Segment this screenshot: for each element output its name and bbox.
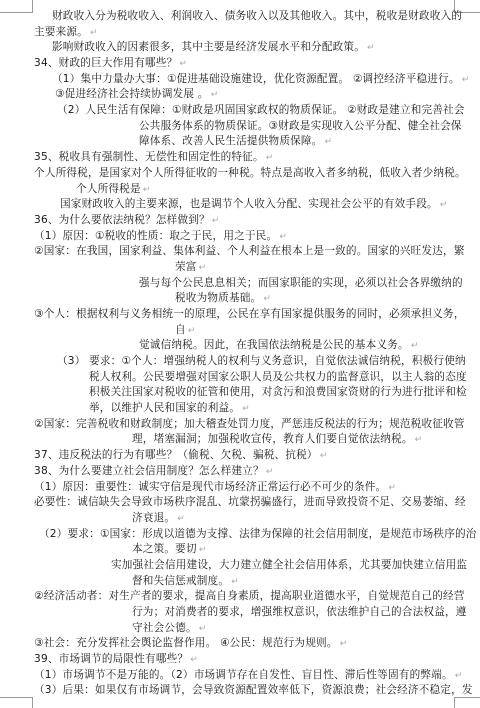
document-text-line: （1）原因：重要性：诚实守信是现代市场经济正常运行必不可少的条件。↵	[34, 480, 396, 496]
line-text: 34、财政的巨大作用有哪些？	[34, 57, 177, 69]
paragraph-mark-icon: ↵	[266, 467, 274, 477]
paragraph-mark-icon: ↵	[388, 483, 396, 493]
paragraph-mark-icon: ↵	[212, 216, 220, 226]
line-text: （3） 要求：①个人：增强纳税人的权利与义务意识，自觉依法诚信纳税，积极行使纳	[57, 355, 466, 367]
line-text: 财政收入分为税收收入、利润收入、债务收入以及其他收入。其中，税收是财政收入的	[52, 10, 462, 22]
line-text: ②国家：完善税收和财政制度；加大稽查处罚力度，严惩违反税法的行为；规范税收征收管	[34, 418, 465, 430]
document-text-line: ②国家：在我国，国家利益、集体利益、个人利益在根本上是一致的。国家的兴旺发达，繁	[34, 244, 465, 260]
line-text: 主要来源。	[34, 26, 88, 38]
line-text: 强与每个公民息息相关；而国家职能的实现，必须以社会各界缴纳的	[139, 277, 463, 289]
line-text: 影响财政收入的因素很多，其中主要是经济发展水平和分配政策。	[52, 41, 365, 53]
paragraph-mark-icon: ↵	[279, 232, 287, 242]
line-text: （1）市场调节不是万能的。（2）市场调节存在自发性、盲目性、滞后性等固有的弊端。	[34, 669, 453, 681]
paragraph-mark-icon: ↵	[367, 43, 375, 53]
line-text: 税收为物质基础。	[175, 292, 261, 304]
paragraph-mark-icon: ↵	[199, 263, 207, 273]
paragraph-mark-icon: ↵	[320, 451, 328, 461]
document-text-line: ②国家：完善税收和财政制度；加大稽查处罚力度，严惩违反税法的行为；规范税收征收管	[34, 417, 465, 433]
document-text-line: 自↵	[175, 323, 196, 339]
paragraph-mark-icon: ↵	[455, 671, 463, 681]
document-text-line: 障体系、改善人民生活提供物质保障。↵	[139, 134, 332, 150]
line-text: （1）原因：①税收的性质：取之于民，用之于民。	[34, 230, 277, 242]
paragraph-mark-icon: ↵	[263, 294, 271, 304]
line-text: ③社会：充分发挥社会舆论监督作用。 ④公民：规范行为规则。	[34, 637, 338, 649]
line-text: 理，堵塞漏洞；加强税收宣传，教育人们要自觉依法纳税。	[132, 433, 413, 445]
paragraph-mark-icon: ↵	[190, 655, 198, 665]
document-text-line: （1）集中力量办大事：①促进基础设施建设，优化资源配置。 ②调控经济平稳进行。↵	[52, 72, 469, 88]
paragraph-mark-icon: ↵	[177, 514, 185, 524]
line-text: （2）要求：①国家：形成以道德为支撑、法律为保障的社会信用制度，是规范市场秩序的…	[39, 528, 477, 540]
document-text-line: 强与每个公民息息相关；而国家职能的实现，必须以社会各界缴纳的	[139, 276, 463, 292]
line-text: （1）原因：重要性：诚实守信是现代市场经济正常运行必不可少的条件。	[34, 481, 386, 493]
line-text: 实加强社会信用建设，大力建立健全社会信用体系，尤其要加快建立信用监	[111, 559, 467, 571]
line-text: 守社会公德。	[132, 622, 197, 634]
paragraph-mark-icon: ↵	[143, 185, 151, 195]
document-text-line: （3） 要求：①个人：增强纳税人的权利与义务意识，自觉依法诚信纳税，积极行使纳	[57, 354, 466, 370]
document-text-line: 主要来源。↵	[34, 25, 98, 41]
document-text-line: 本之策。要切↵	[132, 542, 207, 558]
document-text-line: 37、违反税法的行为有哪些？（偷税、欠税、骗税、抗税）↵	[34, 448, 327, 464]
line-text: 37、违反税法的行为有哪些？（偷税、欠税、骗税、抗税）	[34, 449, 318, 461]
line-text: 公共服务体系的物质保证。③财政是实现收入公平分配、健全社会保	[139, 120, 462, 132]
paragraph-mark-icon: ↵	[462, 75, 470, 85]
document-text-line: （3）后果：如果仅有市场调节，会导致资源配置效率低下，资源浪费；社会经济不稳定，…	[34, 683, 473, 699]
paragraph-mark-icon: ↵	[411, 341, 419, 351]
paragraph-mark-icon: ↵	[440, 200, 448, 210]
document-text-line: 行为；对消费者的要求，增强维权意识，依法维护自己的合法权益，遵	[132, 605, 467, 621]
line-text: 障体系、改善人民生活提供物质保障。	[139, 135, 323, 147]
document-text-line: （2）要求：①国家：形成以道德为支撑、法律为保障的社会信用制度，是规范市场秩序的…	[39, 527, 477, 543]
document-text-line: 35、税收具有强制性、无偿性和固定性的特征。↵	[34, 150, 274, 166]
line-text: 积极关注国家对税收的征管和使用，对贪污和浪费国家资财的行为进行批评和检	[89, 386, 467, 398]
line-text: 行为；对消费者的要求，增强维权意识，依法维护自己的合法权益，遵	[132, 606, 467, 618]
document-text-line: ③个人：根据权利与义务相统一的原理，公民在享有国家提供服务的同时，必须承担义务，	[34, 307, 465, 323]
document-text-line: 影响财政收入的因素很多，其中主要是经济发展水平和分配政策。↵	[52, 40, 375, 56]
document-text-line: 39、市场调节的局限性有哪些？↵	[34, 652, 198, 668]
line-text: 荣富	[175, 261, 197, 273]
line-text: ②国家：在我国，国家利益、集体利益、个人利益在根本上是一致的。国家的兴旺发达，繁	[34, 245, 465, 257]
document-text-line: 个人所得税是↵	[76, 182, 151, 198]
document-text-line: 38、为什么要建立社会信用制度？怎么样建立？↵	[34, 464, 274, 480]
line-text: 督和失信惩戒制度。	[132, 575, 229, 587]
paragraph-mark-icon: ↵	[340, 639, 348, 649]
document-text-line: （1）市场调节不是万能的。（2）市场调节存在自发性、盲目性、滞后性等固有的弊端。…	[34, 668, 463, 684]
line-text: 个人所得税，是国家对个人所得征收的一种税。特点是高收入者多纳税，低收入者少纳税。	[34, 167, 466, 179]
document-text-line: 36、为什么要依法纳税？怎样做到？↵	[34, 213, 220, 229]
document-text-line: （2）人民生活有保障：①财政是巩固国家政权的物质保证。 ②财政是建立和完善社会	[57, 103, 465, 119]
line-text: ③个人：根据权利与义务相统一的原理，公民在享有国家提供服务的同时，必须承担义务，	[34, 308, 465, 320]
paragraph-mark-icon: ↵	[266, 153, 274, 163]
paragraph-mark-icon: ↵	[242, 404, 250, 414]
document-text-line: 34、财政的巨大作用有哪些？↵	[34, 56, 187, 72]
document-text-line: 守社会公德。↵	[132, 621, 207, 637]
document-text-line: 举，以维护人民和国家的利益。↵	[89, 401, 250, 417]
paragraph-mark-icon: ↵	[179, 59, 187, 69]
document-text-line: 财政收入分为税收收入、利润收入、债务收入以及其他收入。其中，税收是财政收入的	[52, 9, 462, 25]
paragraph-mark-icon: ↵	[325, 137, 333, 147]
paragraph-mark-icon: ↵	[415, 435, 423, 445]
document-text-line: 觉诚信纳税。因此，在我国依法纳税是公民的基本义务。↵	[139, 338, 419, 354]
document-text-line: 实加强社会信用建设，大力建立健全社会信用体系，尤其要加快建立信用监	[111, 558, 467, 574]
line-text: 济衰退。	[132, 512, 175, 524]
document-text-line: 济衰退。↵	[132, 511, 185, 527]
line-text: （3）后果：如果仅有市场调节，会导致资源配置效率低下，资源浪费；社会经济不稳定，…	[34, 684, 473, 696]
paragraph-mark-icon: ↵	[199, 624, 207, 634]
page-corner-mark-bottom-left	[0, 697, 33, 708]
line-text: 个人所得税是	[76, 183, 141, 195]
paragraph-mark-icon: ↵	[211, 90, 219, 100]
line-text: 必要性：诚信缺失会导致市场秩序混乱、坑蒙拐骗盛行，进而导致投资不足、交易萎缩、经	[34, 496, 466, 508]
line-text: 自	[175, 324, 186, 336]
document-text-line: 督和失信惩戒制度。↵	[132, 574, 239, 590]
document-text-line: ③促进经济社会持续协调发展 。↵	[55, 87, 218, 103]
line-text: 36、为什么要依法纳税？怎样做到？	[34, 214, 210, 226]
line-text: 觉诚信纳税。因此，在我国依法纳税是公民的基本义务。	[139, 339, 409, 351]
line-text: 35、税收具有强制性、无偿性和固定性的特征。	[34, 151, 264, 163]
line-text: 38、为什么要建立社会信用制度？怎么样建立？	[34, 465, 264, 477]
document-text-line: ②经济活动者：对生产者的要求，提高自身素质，提高职业道德水平，自觉规范自己的经营	[34, 589, 465, 605]
paragraph-mark-icon: ↵	[188, 326, 196, 336]
document-text-line: 税收为物质基础。↵	[175, 291, 271, 307]
document-text-line: （1）原因：①税收的性质：取之于民，用之于民。↵	[34, 229, 287, 245]
document-text-line: 荣富↵	[175, 260, 206, 276]
line-text: 举，以维护人民和国家的利益。	[89, 402, 240, 414]
line-text: 国家财政收入的主要来源，也是调节个人收入分配、实现社会公平的有效手段。	[60, 198, 438, 210]
line-text: ②经济活动者：对生产者的要求，提高自身素质，提高职业道德水平，自觉规范自己的经营	[34, 590, 465, 602]
paragraph-mark-icon: ↵	[90, 28, 98, 38]
document-text-line: 个人所得税，是国家对个人所得征收的一种税。特点是高收入者多纳税，低收入者少纳税。	[34, 166, 466, 182]
document-text-line: 公共服务体系的物质保证。③财政是实现收入公平分配、健全社会保	[139, 119, 462, 135]
document-text-line: 积极关注国家对税收的征管和使用，对贪污和浪费国家资财的行为进行批评和检	[89, 385, 467, 401]
document-text-line: ③社会：充分发挥社会舆论监督作用。 ④公民：规范行为规则。↵	[34, 636, 347, 652]
line-text: 39、市场调节的局限性有哪些？	[34, 653, 188, 665]
document-text-line: 必要性：诚信缺失会导致市场秩序混乱、坑蒙拐骗盛行，进而导致投资不足、交易萎缩、经	[34, 495, 466, 511]
line-text: 税人权利。公民要增强对国家公职人员及公共权力的监督意识，以主人翁的态度	[89, 371, 467, 383]
line-text: 本之策。要切	[132, 543, 197, 555]
page-corner-mark-top-left	[0, 0, 33, 13]
line-text: （1）集中力量办大事：①促进基础设施建设，优化资源配置。 ②调控经济平稳进行。	[52, 73, 460, 85]
line-text: （2）人民生活有保障：①财政是巩固国家政权的物质保证。 ②财政是建立和完善社会	[57, 104, 465, 116]
document-text-line: 税人权利。公民要增强对国家公职人员及公共权力的监督意识，以主人翁的态度	[89, 370, 467, 386]
paragraph-mark-icon: ↵	[231, 577, 239, 587]
paragraph-mark-icon: ↵	[199, 545, 207, 555]
line-text: ③促进经济社会持续协调发展 。	[55, 88, 209, 100]
document-text-line: 国家财政收入的主要来源，也是调节个人收入分配、实现社会公平的有效手段。↵	[60, 197, 448, 213]
document-text-line: 理，堵塞漏洞；加强税收宣传，教育人们要自觉依法纳税。↵	[132, 432, 422, 448]
